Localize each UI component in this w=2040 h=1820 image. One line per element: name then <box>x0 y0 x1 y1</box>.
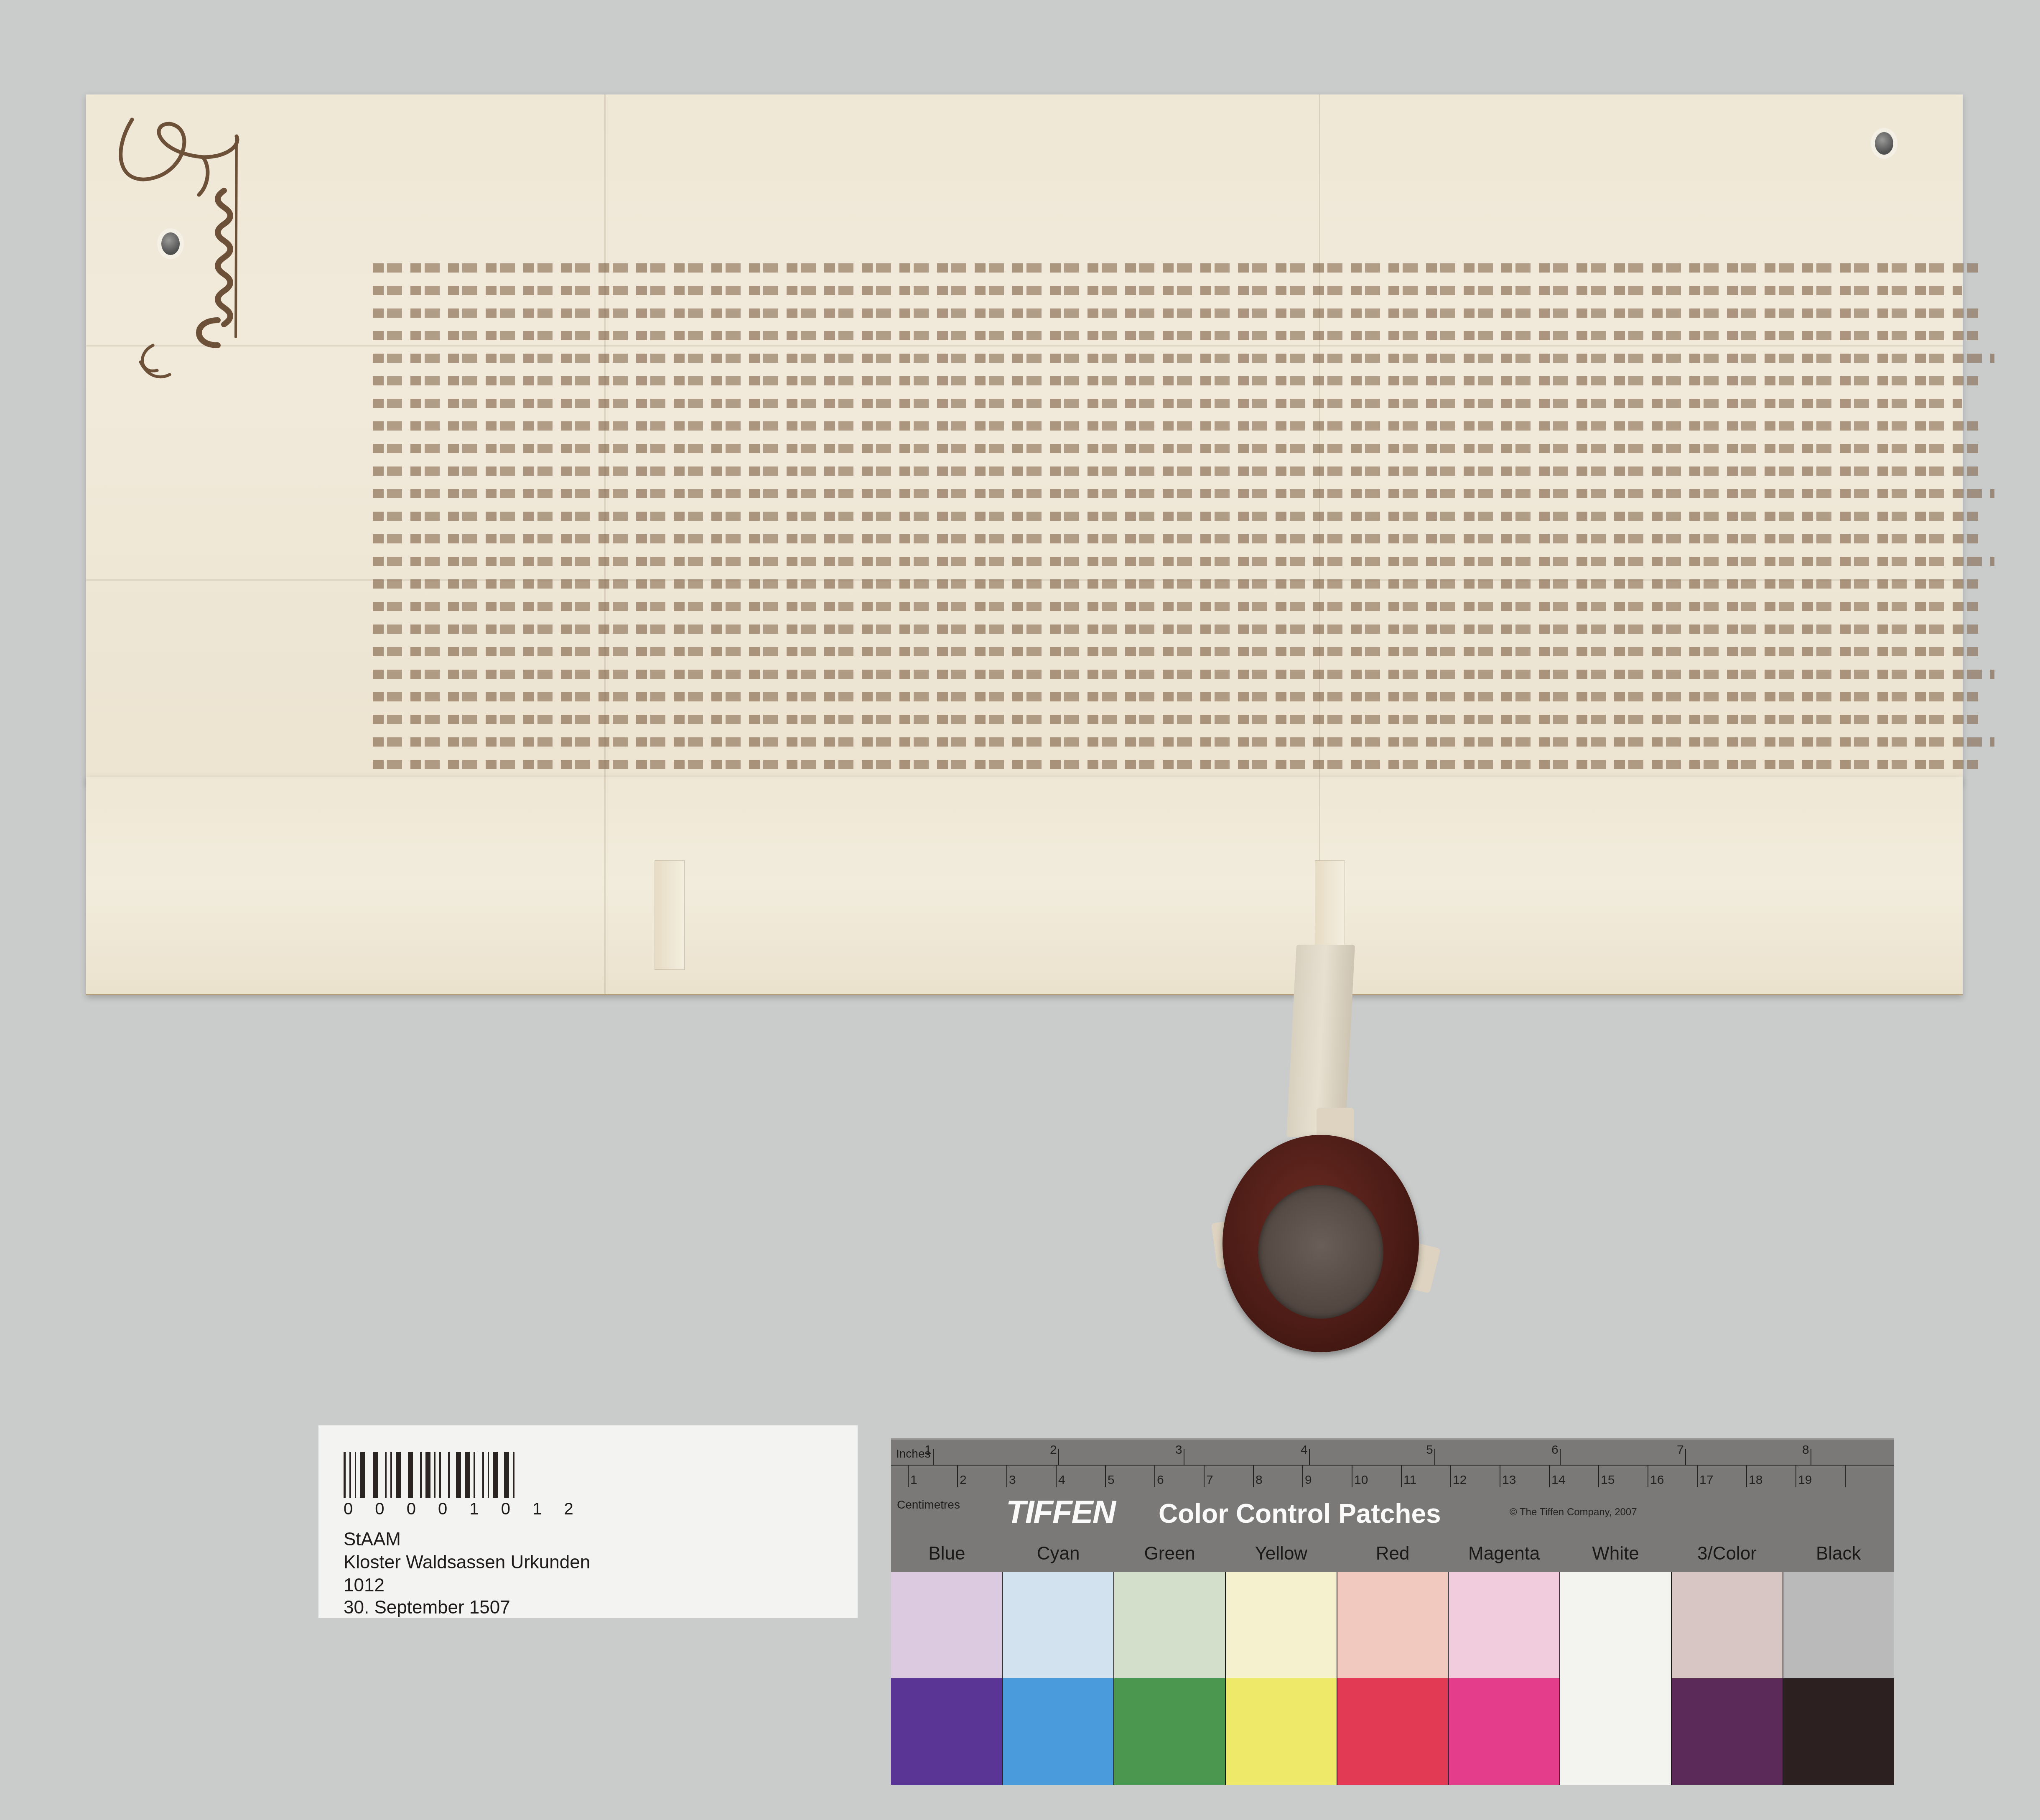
manuscript-line <box>373 463 1978 479</box>
manuscript-line <box>373 350 1994 366</box>
barcode-bar <box>488 1452 489 1498</box>
document-number: 1012 <box>344 1576 385 1595</box>
barcode-bar <box>425 1452 430 1498</box>
ruler-tick <box>1450 1466 1451 1487</box>
archive-name: StAAM <box>344 1530 401 1549</box>
ruler-tick <box>908 1466 909 1487</box>
wax-seal <box>1222 1135 1419 1352</box>
barcode-bar <box>474 1452 475 1498</box>
ruler-tick <box>1598 1466 1599 1487</box>
manuscript-line <box>373 418 1978 434</box>
ruler-tick-number: 7 <box>1206 1473 1213 1487</box>
manuscript-line <box>373 734 1994 750</box>
barcode-bar <box>344 1452 346 1498</box>
barcode-icon <box>344 1452 518 1498</box>
manuscript-line <box>373 553 1994 569</box>
patch-label: Black <box>1783 1543 1894 1568</box>
ruler-tick-number: 6 <box>1157 1473 1164 1487</box>
barcode-bar <box>504 1452 509 1498</box>
manuscript-line <box>373 599 1978 614</box>
manuscript-line <box>373 734 1994 750</box>
ruler-tick-number: 19 <box>1798 1473 1812 1487</box>
barcode-bar <box>456 1452 461 1498</box>
ruler-tick-number: 7 <box>1677 1443 1684 1457</box>
charter-plica <box>86 777 1963 995</box>
patch-label: 3/Color <box>1671 1543 1783 1568</box>
ruler-tick <box>1401 1466 1402 1487</box>
barcode-bar <box>385 1452 387 1498</box>
ruler-tick-number: 3 <box>1175 1443 1182 1457</box>
barcode-bar <box>420 1452 422 1498</box>
manuscript-line <box>373 373 1978 389</box>
seal-impression <box>1258 1185 1383 1319</box>
charter-parchment <box>86 94 1963 784</box>
ruler-tick-number: 6 <box>1551 1443 1559 1457</box>
manuscript-line <box>373 418 1978 434</box>
ruler-tick <box>933 1449 934 1465</box>
patch-column-3color <box>1672 1572 1783 1785</box>
patch-column-black <box>1783 1572 1894 1785</box>
manuscript-line <box>373 350 1994 366</box>
color-patch <box>1114 1678 1225 1785</box>
document-date: 30. September 1507 <box>344 1598 510 1617</box>
ruler-tick-number: 15 <box>1601 1473 1615 1487</box>
patch-column-green <box>1114 1572 1226 1785</box>
ruler-tick-number: 3 <box>1009 1473 1016 1487</box>
manuscript-line <box>373 395 1962 411</box>
ruler-tick-number: 17 <box>1699 1473 1713 1487</box>
patch-label: Red <box>1337 1543 1449 1568</box>
ruler-tick <box>1056 1466 1057 1487</box>
ruler-tick <box>1697 1466 1698 1487</box>
manuscript-line <box>373 621 1978 637</box>
seal-slot <box>655 860 685 970</box>
color-patch <box>1672 1572 1783 1678</box>
ruler-tick <box>1560 1449 1561 1465</box>
barcode-bar <box>448 1452 450 1498</box>
manuscript-line <box>373 486 1994 502</box>
patch-label: Yellow <box>1225 1543 1337 1568</box>
barcode-bar <box>513 1452 514 1498</box>
inch-ruler: 1 2 3 4 5 6 7 8 <box>891 1440 1894 1465</box>
patch-label: Blue <box>891 1543 1003 1568</box>
manuscript-line <box>373 395 1962 411</box>
ruler-tick <box>1500 1466 1500 1487</box>
ruler-tick <box>1746 1466 1747 1487</box>
barcode-bar <box>482 1452 484 1498</box>
color-patch <box>1337 1572 1448 1678</box>
decorated-initial-icon <box>103 103 278 446</box>
ruler-tick-number: 5 <box>1426 1443 1433 1457</box>
ruler-tick <box>1058 1449 1059 1465</box>
ruler-tick <box>1845 1466 1846 1487</box>
manuscript-line <box>373 305 1978 321</box>
patch-column-red <box>1337 1572 1449 1785</box>
patch-column-magenta <box>1449 1572 1560 1785</box>
manuscript-line <box>373 644 1978 660</box>
color-patches <box>891 1572 1894 1785</box>
manuscript-line <box>373 508 1978 524</box>
barcode-bar <box>360 1452 365 1498</box>
color-patch <box>1783 1572 1894 1678</box>
barcode-bar <box>373 1452 378 1498</box>
ruler-tick-number: 4 <box>1058 1473 1065 1487</box>
manuscript-line <box>373 599 1978 614</box>
mounting-pin-icon <box>1875 132 1893 155</box>
patch-label: White <box>1560 1543 1671 1568</box>
manuscript-line <box>373 486 1994 502</box>
ruler-tick-number: 14 <box>1551 1473 1565 1487</box>
ruler-tick <box>1302 1466 1303 1487</box>
manuscript-line <box>373 576 1978 592</box>
ruler-tick-number: 1 <box>910 1473 917 1487</box>
manuscript-line <box>373 260 1978 276</box>
ruler-tick <box>1253 1466 1254 1487</box>
ruler-tick-number: 2 <box>960 1473 967 1487</box>
fold-line <box>604 777 606 994</box>
manuscript-line <box>373 666 1994 682</box>
chart-header: Inches 1 2 3 4 5 6 7 8 1 2 3 4 5 6 7 8 9… <box>891 1438 1894 1573</box>
ruler-tick-number: 2 <box>1050 1443 1057 1457</box>
archive-label: 0 0 0 0 1 0 1 2 StAAM Kloster Waldsassen… <box>318 1425 858 1618</box>
color-patch <box>1560 1572 1671 1678</box>
color-patch <box>1003 1678 1113 1785</box>
ruler-tick <box>1309 1449 1310 1465</box>
ruler-tick-number: 4 <box>1301 1443 1308 1457</box>
manuscript-line <box>373 531 1978 547</box>
manuscript-line <box>373 441 1978 456</box>
ruler-tick-number: 10 <box>1354 1473 1368 1487</box>
manuscript-line <box>373 644 1978 660</box>
color-control-chart: Inches 1 2 3 4 5 6 7 8 1 2 3 4 5 6 7 8 9… <box>891 1438 1894 1785</box>
barcode-bar <box>390 1452 392 1498</box>
manuscript-line <box>373 328 1978 344</box>
manuscript-line <box>373 328 1978 344</box>
manuscript-line <box>373 283 1962 298</box>
color-patch <box>1114 1572 1225 1678</box>
patch-column-white <box>1560 1572 1672 1785</box>
manuscript-line <box>373 576 1978 592</box>
manuscript-line <box>373 757 1978 772</box>
ruler-tick <box>1154 1466 1155 1487</box>
color-patch <box>1337 1678 1448 1785</box>
ruler-tick-number: 8 <box>1256 1473 1263 1487</box>
manuscript-line <box>373 260 1978 276</box>
color-patch <box>1560 1678 1671 1785</box>
manuscript-line <box>373 305 1978 321</box>
ruler-tick-number: 1 <box>924 1443 932 1457</box>
ruler-tick <box>1648 1466 1648 1487</box>
manuscript-line <box>373 441 1978 456</box>
barcode-bar <box>439 1452 441 1498</box>
barcode-bar <box>349 1452 351 1498</box>
ruler-tick <box>1006 1466 1007 1487</box>
ruler-tick-number: 9 <box>1305 1473 1312 1487</box>
ruler-tick <box>1685 1449 1686 1465</box>
patch-label: Cyan <box>1003 1543 1114 1568</box>
patch-label: Green <box>1114 1543 1225 1568</box>
manuscript-line <box>373 711 1978 727</box>
chart-copyright: © The Tiffen Company, 2007 <box>1510 1506 1637 1518</box>
barcode-bar <box>408 1452 413 1498</box>
manuscript-line <box>373 621 1978 637</box>
tiffen-logo: TIFFEN <box>1006 1493 1115 1531</box>
ruler-tick-number: 5 <box>1108 1473 1115 1487</box>
color-patch <box>1226 1572 1337 1678</box>
color-patch <box>1003 1572 1113 1678</box>
ruler-tick <box>1434 1449 1435 1465</box>
ruler-tick <box>1796 1466 1796 1487</box>
manuscript-line <box>373 666 1994 682</box>
ruler-tick <box>1811 1449 1811 1465</box>
chart-title: Color Control Patches <box>1159 1498 1441 1529</box>
barcode-bar <box>355 1452 356 1498</box>
color-patch <box>1226 1678 1337 1785</box>
barcode-bar <box>493 1452 498 1498</box>
patch-column-yellow <box>1226 1572 1337 1785</box>
ruler-tick-number: 8 <box>1802 1443 1809 1457</box>
manuscript-line <box>373 283 1962 298</box>
cm-ruler: 1 2 3 4 5 6 7 8 9 10 11 12 13 14 15 16 1… <box>891 1466 1894 1491</box>
patch-labels: Blue Cyan Green Yellow Red Magenta White… <box>891 1543 1894 1568</box>
color-patch <box>1672 1678 1783 1785</box>
color-patch <box>1449 1678 1559 1785</box>
barcode-bar <box>396 1452 401 1498</box>
manuscript-line <box>373 553 1994 569</box>
color-patch <box>1449 1572 1559 1678</box>
centimetres-label: Centimetres <box>897 1498 960 1512</box>
manuscript-line <box>373 689 1978 705</box>
patch-label: Magenta <box>1448 1543 1560 1568</box>
ruler-tick <box>1204 1466 1205 1487</box>
color-patch <box>1783 1678 1894 1785</box>
manuscript-line <box>373 463 1978 479</box>
manuscript-line <box>373 531 1978 547</box>
manuscript-line <box>373 711 1978 727</box>
ruler-tick <box>1549 1466 1550 1487</box>
barcode-number: 0 0 0 0 1 0 1 2 <box>344 1500 582 1519</box>
ruler-tick <box>1105 1466 1106 1487</box>
ruler-tick-number: 11 <box>1403 1473 1416 1487</box>
ruler-tick-number: 18 <box>1749 1473 1762 1487</box>
patch-column-blue <box>891 1572 1003 1785</box>
ruler-tick-number: 12 <box>1453 1473 1467 1487</box>
collection-name: Kloster Waldsassen Urkunden <box>344 1553 590 1572</box>
ruler-tick <box>1352 1466 1352 1487</box>
color-patch <box>891 1678 1002 1785</box>
charter-text-lines <box>373 260 1994 779</box>
manuscript-line <box>373 508 1978 524</box>
ruler-tick-number: 16 <box>1650 1473 1664 1487</box>
ruler-tick <box>1184 1449 1184 1465</box>
manuscript-line <box>373 373 1978 389</box>
patch-column-cyan <box>1003 1572 1114 1785</box>
barcode-bar <box>465 1452 470 1498</box>
manuscript-line <box>373 689 1978 705</box>
manuscript-line <box>373 757 1978 772</box>
color-patch <box>891 1572 1002 1678</box>
ruler-tick <box>957 1466 958 1487</box>
barcode-bar <box>434 1452 436 1498</box>
ruler-tick-number: 13 <box>1502 1473 1516 1487</box>
